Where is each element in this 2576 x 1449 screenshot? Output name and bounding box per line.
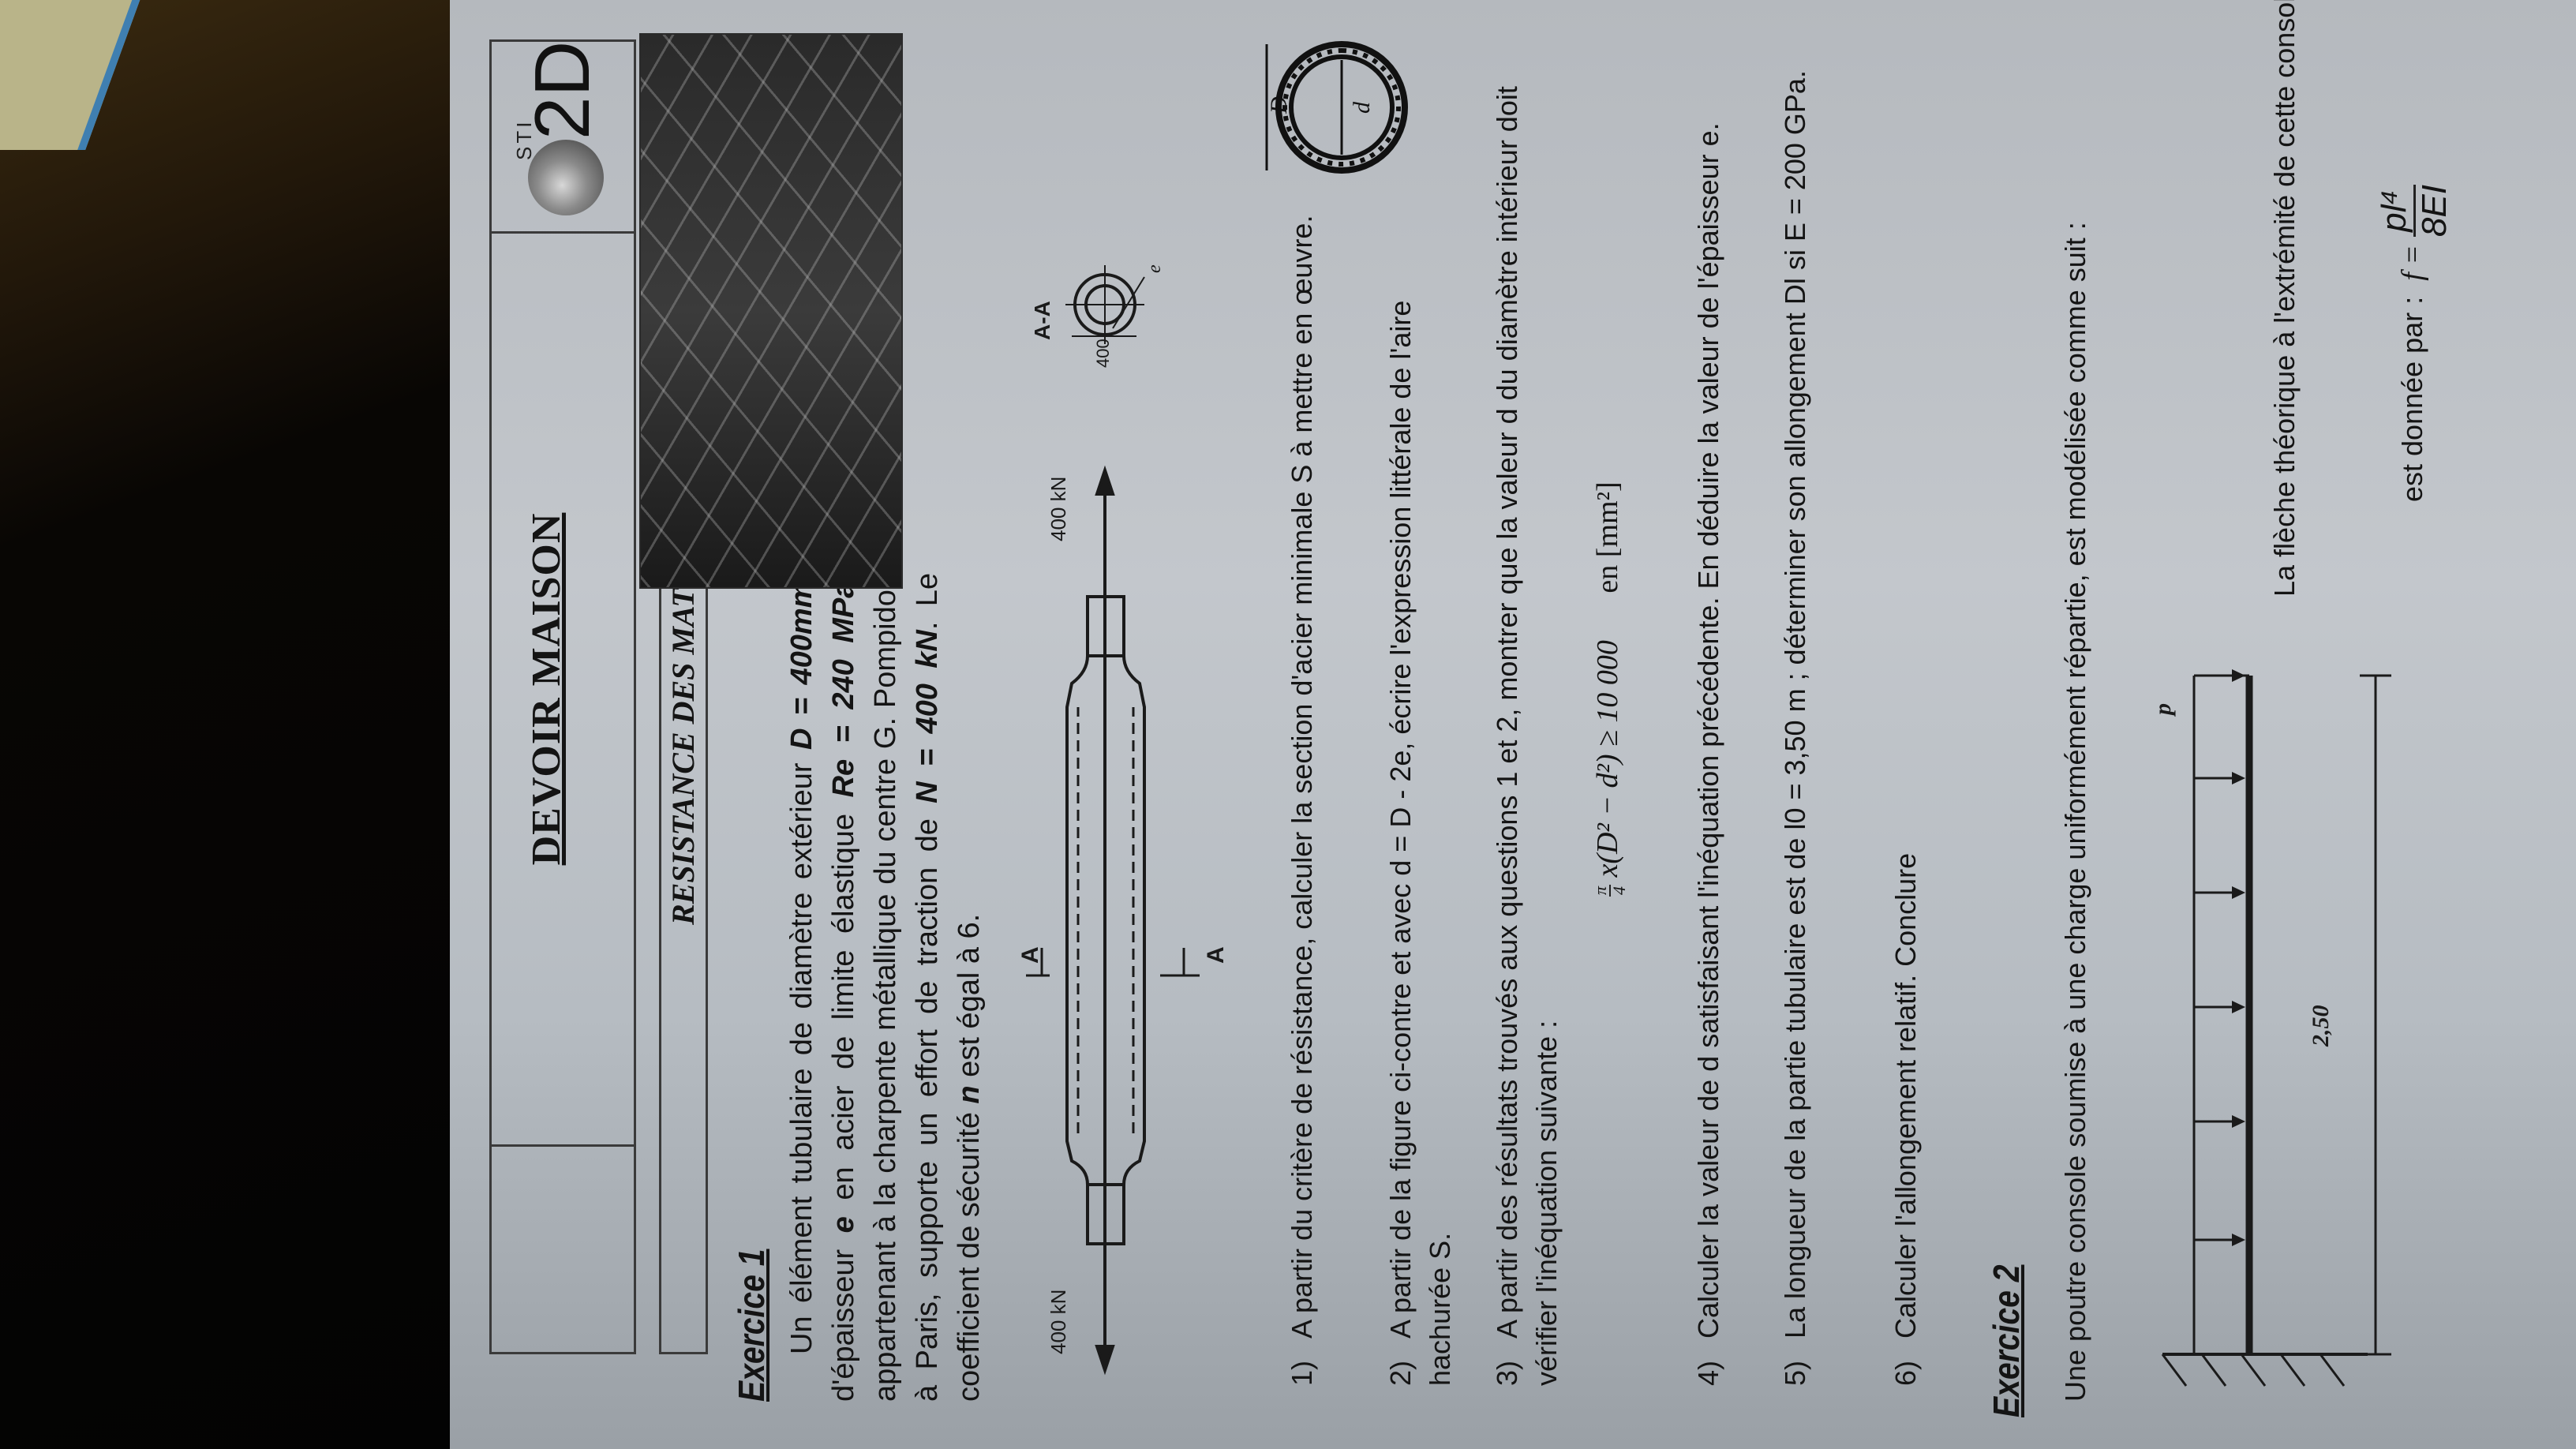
inequation: π4 x(D² − d²) ≥ 10 000 en [mm²] [1590, 481, 1628, 897]
value-Re: Re = 240 MPa [827, 582, 860, 798]
value-e: e [827, 1216, 860, 1233]
intro-text: en acier de limite élastique [827, 797, 860, 1216]
load-label: p [2150, 703, 2176, 717]
pompidou-photo [639, 33, 903, 589]
length-label: 2,50 [2308, 1005, 2334, 1048]
question-number: 6) [1886, 1339, 1926, 1386]
force-right-label: 400 kN [1046, 477, 1070, 541]
tube-diagram: 400 kN 400 kN A A A-A 400 e [1018, 0, 1255, 1402]
inequation-body: x(D² − d²) ≥ 10 000 [1591, 640, 1624, 877]
question-text: Calculer la valeur de d satisfaisant l'i… [1692, 122, 1724, 1339]
fraction-numerator: π [1592, 885, 1611, 897]
section-label-bottom: A [1203, 946, 1229, 964]
question-text: La longueur de la partie tubulaire est d… [1779, 70, 1811, 1339]
question-number: 1) [1282, 1339, 1322, 1386]
question-6: 6)Calculer l'allongement relatif. Conclu… [1886, 44, 1926, 1386]
desk-background [0, 0, 474, 1449]
inequation-unit: en [mm²] [1591, 481, 1624, 593]
cantilever-diagram: p 2,50 [2139, 470, 2576, 1417]
outer-diameter-label: D [1266, 96, 1292, 114]
exercise1-title: Exercice 1 [730, 1249, 773, 1402]
intro-text: est égal à 6. [953, 914, 986, 1086]
deflection-formula: est donnée par : f = pl⁴8EI [2376, 185, 2454, 502]
exam-sheet: DEVOIR MAISON STI 2D RESISTANCE DES MATE… [450, 0, 2576, 1449]
page-title: DEVOIR MAISON [523, 231, 570, 1147]
question-3: 3)A partir des résultats trouvés aux que… [1488, 44, 1567, 1386]
exercise2-title: Exercice 2 [1985, 1264, 2027, 1417]
intro-text: Un élément tubulaire de diamètre extérie… [785, 750, 818, 1354]
sti2d-logo: STI 2D [507, 58, 618, 215]
question-text: A partir du critère de résistance, calcu… [1286, 215, 1318, 1339]
header-left-cell [492, 1144, 634, 1352]
question-text: A partir de la figure ci-contre et avec … [1384, 301, 1456, 1386]
exercise1-intro: Un élément tubulaire de diamètre extérie… [781, 573, 990, 1402]
globe-icon [528, 140, 604, 215]
value-n: n [953, 1085, 986, 1103]
question-2: 2)A partir de la figure ci-contre et ave… [1381, 202, 1460, 1386]
header-logo-cell: STI 2D [492, 42, 634, 234]
section-dimension: 400 [1093, 339, 1113, 368]
value-N: N = 400 kN [911, 630, 944, 803]
question-number: 5) [1776, 1339, 1815, 1386]
deflection-text: La flèche théorique à l'extrémité de cet… [2265, 0, 2305, 597]
fraction-denominator: 4 [1609, 886, 1629, 895]
question-number: 4) [1689, 1339, 1728, 1386]
header-frame: DEVOIR MAISON STI 2D [489, 39, 636, 1354]
ring-figure: D d [1263, 28, 1421, 186]
exercise2-intro: Une poutre console soumise à une charge … [2056, 21, 2095, 1402]
formula-lhs: f = [2396, 245, 2429, 281]
formula-denominator: 8EI [2415, 185, 2454, 237]
section-label-top: A [1018, 946, 1043, 964]
logo-2d-text: 2D [523, 41, 601, 140]
section-title: A-A [1030, 301, 1054, 340]
formula-prefix: est donnée par : [2396, 297, 2428, 502]
question-text: Calculer l'allongement relatif. Conclure [1889, 853, 1922, 1339]
question-number: 3) [1488, 1339, 1527, 1386]
question-5: 5)La longueur de la partie tubulaire est… [1776, 44, 1815, 1386]
question-text: A partir des résultats trouvés aux quest… [1491, 86, 1563, 1386]
pi-over-four: π4 [1592, 885, 1628, 897]
question-number: 2) [1381, 1339, 1421, 1386]
formula-numerator: pl⁴ [2376, 185, 2416, 237]
formula-fraction: pl⁴8EI [2376, 185, 2454, 237]
thickness-label: e [1144, 264, 1165, 273]
force-left-label: 400 kN [1046, 1290, 1070, 1354]
question-4: 4)Calculer la valeur de d satisfaisant l… [1689, 44, 1728, 1386]
question-1: 1)A partir du critère de résistance, cal… [1282, 202, 1322, 1386]
inner-diameter-label: d [1349, 101, 1375, 114]
value-D: D = 400mm [785, 582, 818, 750]
